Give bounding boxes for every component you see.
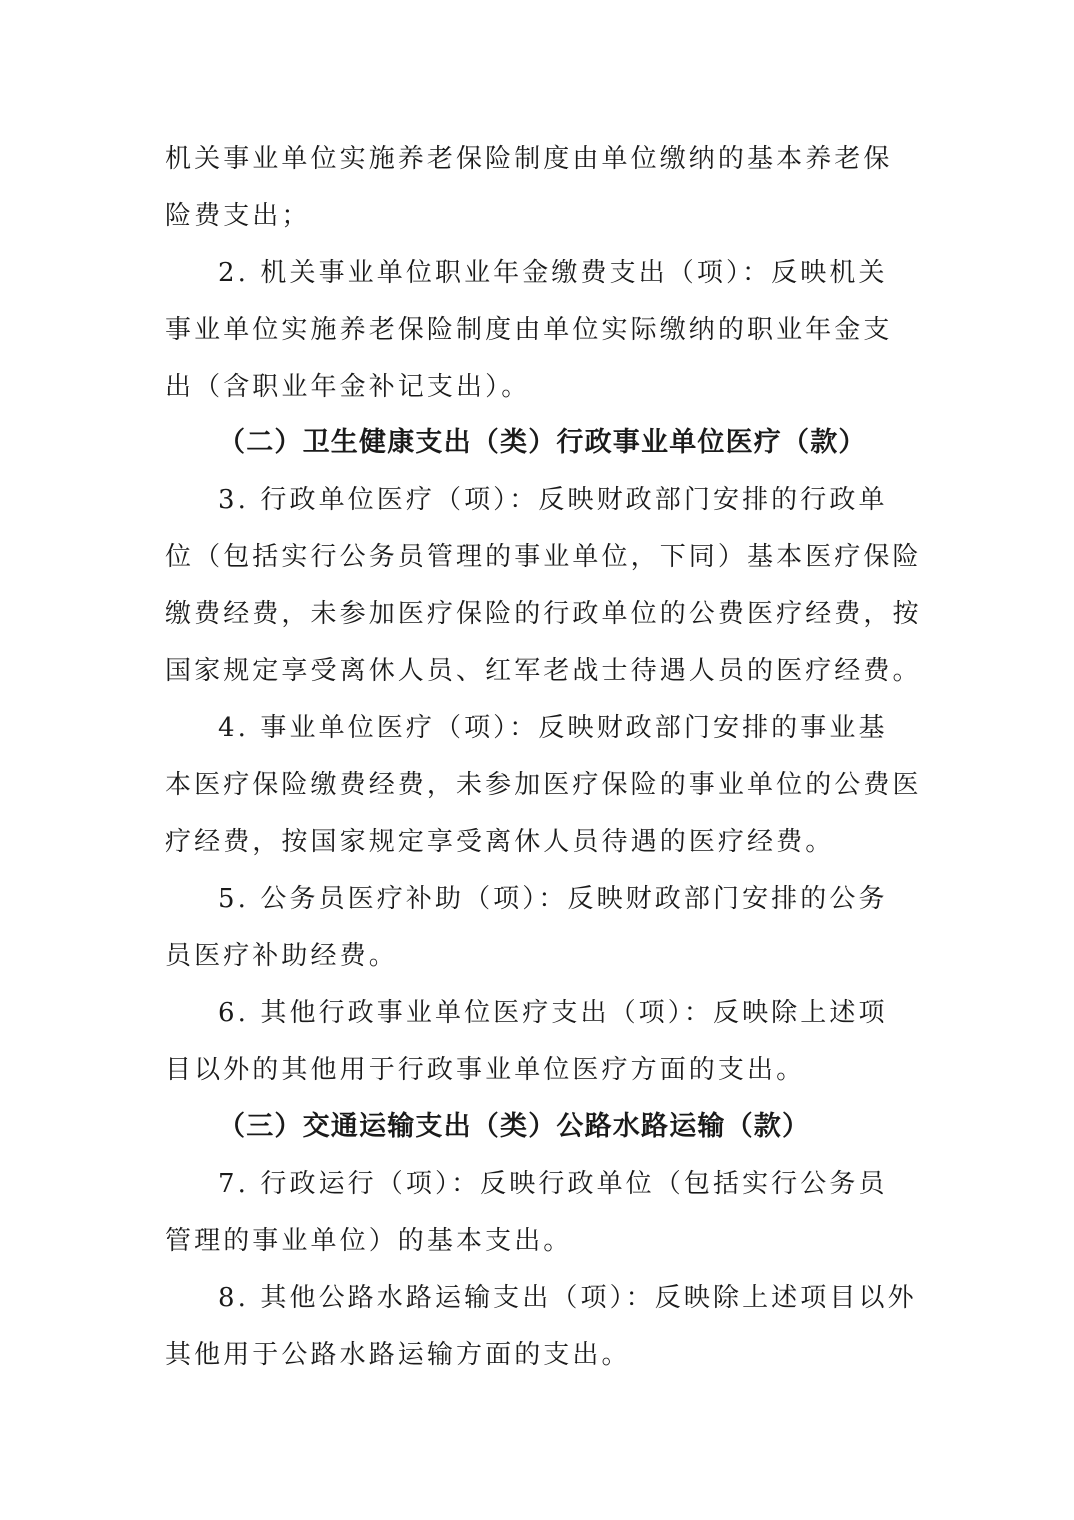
section-heading: （二）卫生健康支出（类）行政事业单位医疗（款） xyxy=(218,426,867,460)
item-2-line: 2. 机关事业单位职业年金缴费支出（项）：反映机关 xyxy=(218,256,888,290)
item-6-line: 6. 其他行政事业单位医疗支出（项）：反映除上述项 xyxy=(218,996,888,1030)
item-3-line: 国家规定享受离休人员、红军老战士待遇人员的医疗经费。 xyxy=(165,654,922,688)
item-7-line: 管理的事业单位）的基本支出。 xyxy=(165,1224,572,1258)
paragraph-line: 机关事业单位实施养老保险制度由单位缴纳的基本养老保 xyxy=(165,142,893,176)
item-6-line: 目以外的其他用于行政事业单位医疗方面的支出。 xyxy=(165,1053,805,1087)
item-5-line: 员医疗补助经费。 xyxy=(165,939,398,973)
item-8-line: 8. 其他公路水路运输支出（项）：反映除上述项目以外 xyxy=(218,1281,917,1315)
item-7-line: 7. 行政运行（项）：反映行政单位（包括实行公务员 xyxy=(218,1167,888,1201)
item-3-line: 位（包括实行公务员管理的事业单位，下同）基本医疗保险 xyxy=(165,540,922,574)
item-5-line: 5. 公务员医疗补助（项）：反映财政部门安排的公务 xyxy=(218,882,888,916)
item-2-line: 出（含职业年金补记支出）。 xyxy=(165,370,530,404)
item-4-line: 4. 事业单位医疗（项）：反映财政部门安排的事业基 xyxy=(218,711,888,745)
item-3-line: 缴费经费，未参加医疗保险的行政单位的公费医疗经费，按 xyxy=(165,597,922,631)
item-4-line: 本医疗保险缴费经费，未参加医疗保险的事业单位的公费医 xyxy=(165,768,922,802)
item-2-line: 事业单位实施养老保险制度由单位实际缴纳的职业年金支 xyxy=(165,313,893,347)
item-8-line: 其他用于公路水路运输方面的支出。 xyxy=(165,1338,631,1372)
document-page: 机关事业单位实施养老保险制度由单位缴纳的基本养老保 险费支出； 2. 机关事业单… xyxy=(0,0,1074,1520)
item-4-line: 疗经费，按国家规定享受离休人员待遇的医疗经费。 xyxy=(165,825,834,859)
item-3-line: 3. 行政单位医疗（项）：反映财政部门安排的行政单 xyxy=(218,483,888,517)
paragraph-line: 险费支出； xyxy=(165,199,311,233)
section-heading: （三）交通运输支出（类）公路水路运输（款） xyxy=(218,1110,810,1144)
